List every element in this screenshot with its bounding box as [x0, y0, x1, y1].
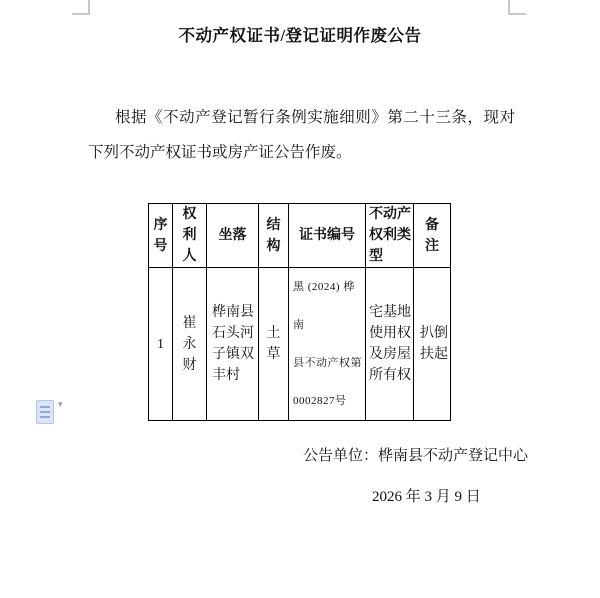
col-header-certificate-no: 证书编号 [289, 204, 366, 268]
document-page: 不动产权证书/登记证明作废公告 根据《不动产登记暂行条例实施细则》第二十三条，现… [0, 0, 600, 598]
col-header-serial: 序 号 [149, 204, 173, 268]
table-header-row: 序 号 权 利 人 坐落 结 构 证书编号 不动产 权利类 型 备 注 [149, 204, 451, 268]
date-line: 2026 年 3 月 9 日 [372, 485, 481, 506]
cell-remark: 扒倒 扶起 [414, 268, 451, 421]
certificates-table: 序 号 权 利 人 坐落 结 构 证书编号 不动产 权利类 型 备 注 1 崔 … [148, 203, 451, 421]
page-title: 不动产权证书/登记证明作废公告 [0, 22, 600, 46]
col-header-structure: 结 构 [259, 204, 289, 268]
clipboard-paste-icon [36, 400, 54, 424]
col-header-remark: 备 注 [414, 204, 451, 268]
table-row: 1 崔 永 财 桦南县 石头河 子镇双 丰村 土 草 黑 (2024) 桦 南 … [149, 268, 451, 421]
margin-crop-mark-right [508, 0, 526, 15]
chevron-down-icon[interactable]: ▾ [58, 401, 63, 410]
col-header-holder: 权 利 人 [173, 204, 207, 268]
cell-serial: 1 [149, 268, 173, 421]
intro-paragraph: 根据《不动产登记暂行条例实施细则》第二十三条，现对下列不动产权证书或房产证公告作… [88, 100, 515, 170]
cell-structure: 土 草 [259, 268, 289, 421]
cell-location: 桦南县 石头河 子镇双 丰村 [207, 268, 259, 421]
col-header-location: 坐落 [207, 204, 259, 268]
col-header-right-type: 不动产 权利类 型 [366, 204, 414, 268]
margin-crop-mark-left [72, 0, 90, 15]
issuer-line: 公告单位：桦南县不动产登记中心 [303, 444, 528, 465]
cell-right-type: 宅基地 使用权 及房屋 所有权 [366, 268, 414, 421]
cell-holder: 崔 永 财 [173, 268, 207, 421]
cell-certificate-no: 黑 (2024) 桦 南 县不动产权第 0002827号 [289, 268, 366, 421]
paste-options-button[interactable]: ▾ [34, 398, 70, 426]
